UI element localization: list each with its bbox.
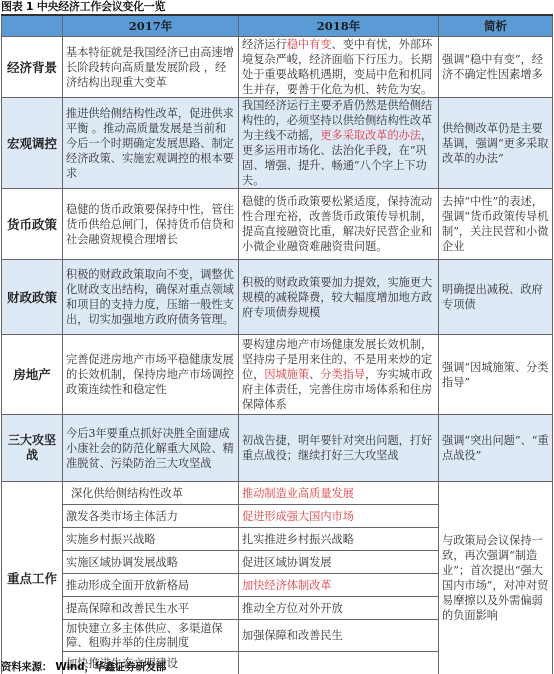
table-row: 房地产 完善促进房地产市场平稳健康发展的长效机制，保持房地产市场调控政策连续性和… xyxy=(2,335,553,415)
header-row: 2017年 2018年 简析 xyxy=(2,15,553,37)
cell-analysis: 强调“突出问题”、“重点战役” xyxy=(439,415,553,482)
cell-2017: 完善促进房地产市场平稳健康发展的长效机制，保持房地产市场调控政策连续性和稳定性 xyxy=(63,335,239,415)
header-2018: 2018年 xyxy=(239,15,439,37)
cell-2018 xyxy=(239,652,439,674)
table-row: 三大攻坚战 今后3年要重点抓好决胜全面建成小康社会的防范化解重大风险、精准脱贫、… xyxy=(2,415,553,482)
highlight-text: 稳中有变 xyxy=(287,38,332,51)
row-category: 三大攻坚战 xyxy=(2,415,63,482)
cell-2018: 加强保障和改善民生 xyxy=(239,620,439,652)
cell-2018: 积极的财政政策要加力提效，实施更大规模的减税降费，较大幅度增加地方政府专项债券规… xyxy=(239,260,439,335)
cell-2018: 稳健的货币政策要松紧适度，保持流动性合理充裕，改善货币政策传导机制，提高直接融资… xyxy=(239,189,439,260)
cell-2017: 推进供给侧结构性改革，促进供求平衡 。推动高质量发展是当前和今后一个时期确定发展… xyxy=(63,98,239,189)
comparison-table: 2017年 2018年 简析 经济背景 基本特征就是我国经济已由高速增长阶段转向… xyxy=(1,14,553,674)
header-category xyxy=(2,15,63,37)
row-category: 房地产 xyxy=(2,335,63,415)
cell-2018: 要构建房地产市场健康发展长效机制，坚持房子是用来住的、不是用来炒的定位，因城施策… xyxy=(239,335,439,415)
row-category: 经济背景 xyxy=(2,37,63,98)
cell-analysis: 供给侧改革仍是主要基调，强调“更多采取改革的办法” xyxy=(439,98,553,189)
cell-2018: 推动制造业高质量发展 xyxy=(239,482,439,505)
text-segment: 、 xyxy=(309,368,320,381)
cell-analysis: 与政策局会议保持一致，再次强调“制造业”；首次提出“强大国内市场”，对冲对贸易摩… xyxy=(439,482,553,674)
row-category: 宏观调控 xyxy=(2,98,63,189)
cell-2018: 促进形成强大国内市场 xyxy=(239,505,439,528)
cell-2017: 推动形成全面开放新格局 xyxy=(63,574,239,597)
row-category: 重点工作 xyxy=(2,482,63,674)
cell-2017: 实施区域协调发展战略 xyxy=(63,551,239,574)
cell-2017: 基本特征就是我国经济已由高速增长阶段转向高质量发展阶段 ，经济结构出现重大变革 xyxy=(63,37,239,98)
figure-title: 图表 1 中央经济工作会议变化一览 xyxy=(1,0,165,14)
cell-2017: 提高保障和改善民生水平 xyxy=(63,597,239,620)
cell-2018: 扎实推进乡村振兴战略 xyxy=(239,528,439,551)
table-row: 货币政策 稳健的货币政策要保持中性，管住货币供给总闸门，保持货币信贷和社会融资规… xyxy=(2,189,553,260)
cell-analysis: 明确提出减税、政府专项债 xyxy=(439,260,553,335)
cell-analysis: 强调“因城施策、分类指导” xyxy=(439,335,553,415)
cell-2017: 实施乡村振兴战略 xyxy=(63,528,239,551)
cell-analysis: 去掉“中性”的表述，强调“货币政策传导机制”，关注民营和小微企业 xyxy=(439,189,553,260)
cell-2018: 我国经济运行主要矛盾仍然是供给侧结构性的，必须坚持以供给侧结构性改革为主线不动摇… xyxy=(239,98,439,189)
cell-2017: 稳健的货币政策要保持中性，管住货币供给总闸门，保持货币信贷和社会融资规模合理增长 xyxy=(63,189,239,260)
header-2017: 2017年 xyxy=(63,15,239,37)
row-category: 货币政策 xyxy=(2,189,63,260)
cell-2017: 加快建立多主体供应、多渠道保障、租购并举的住房制度 xyxy=(63,620,239,652)
highlight-text: 分类指导 xyxy=(320,368,365,381)
cell-2017: 深化供给侧结构性改革 xyxy=(63,482,239,505)
table-row: 重点工作 深化供给侧结构性改革 推动制造业高质量发展 与政策局会议保持一致，再次… xyxy=(2,482,553,505)
highlight-text: 更多采取改革的办法 xyxy=(320,129,421,142)
row-category: 财政政策 xyxy=(2,260,63,335)
header-analysis: 简析 xyxy=(439,15,553,37)
source-note: 资料来源： Wind，华鑫证券研发部 xyxy=(1,659,166,674)
cell-2017: 今后3年要重点抓好决胜全面建成小康社会的防范化解重大风险、精准脱贫、污染防治三大… xyxy=(63,415,239,482)
cell-2017: 激发各类市场主体活力 xyxy=(63,505,239,528)
highlight-text: 因城施策 xyxy=(264,368,309,381)
cell-analysis: 强调“稳中有变”，经济不确定性因素增多 xyxy=(439,37,553,98)
cell-2018: 初战告捷，明年要针对突出问题，打好重点战役；继续打好三大攻坚战 xyxy=(239,415,439,482)
cell-2018: 经济运行稳中有变、变中有忧，外部环境复杂严峻，经济面临下行压力。长期处于重要战略… xyxy=(239,37,439,98)
table-row: 财政政策 积极的财政政策取向不变，调整优化财政支出结构，确保对重点领域和项目的支… xyxy=(2,260,553,335)
cell-2017: 积极的财政政策取向不变，调整优化财政支出结构，确保对重点领域和项目的支持力度，压… xyxy=(63,260,239,335)
cell-2018: 加快经济体制改革 xyxy=(239,574,439,597)
text-segment: 经济运行 xyxy=(242,38,287,51)
cell-2018: 促进区域协调发展 xyxy=(239,551,439,574)
table-row: 宏观调控 推进供给侧结构性改革，促进供求平衡 。推动高质量发展是当前和今后一个时… xyxy=(2,98,553,189)
cell-2018: 推动全方位对外开放 xyxy=(239,597,439,620)
table-row: 经济背景 基本特征就是我国经济已由高速增长阶段转向高质量发展阶段 ，经济结构出现… xyxy=(2,37,553,98)
